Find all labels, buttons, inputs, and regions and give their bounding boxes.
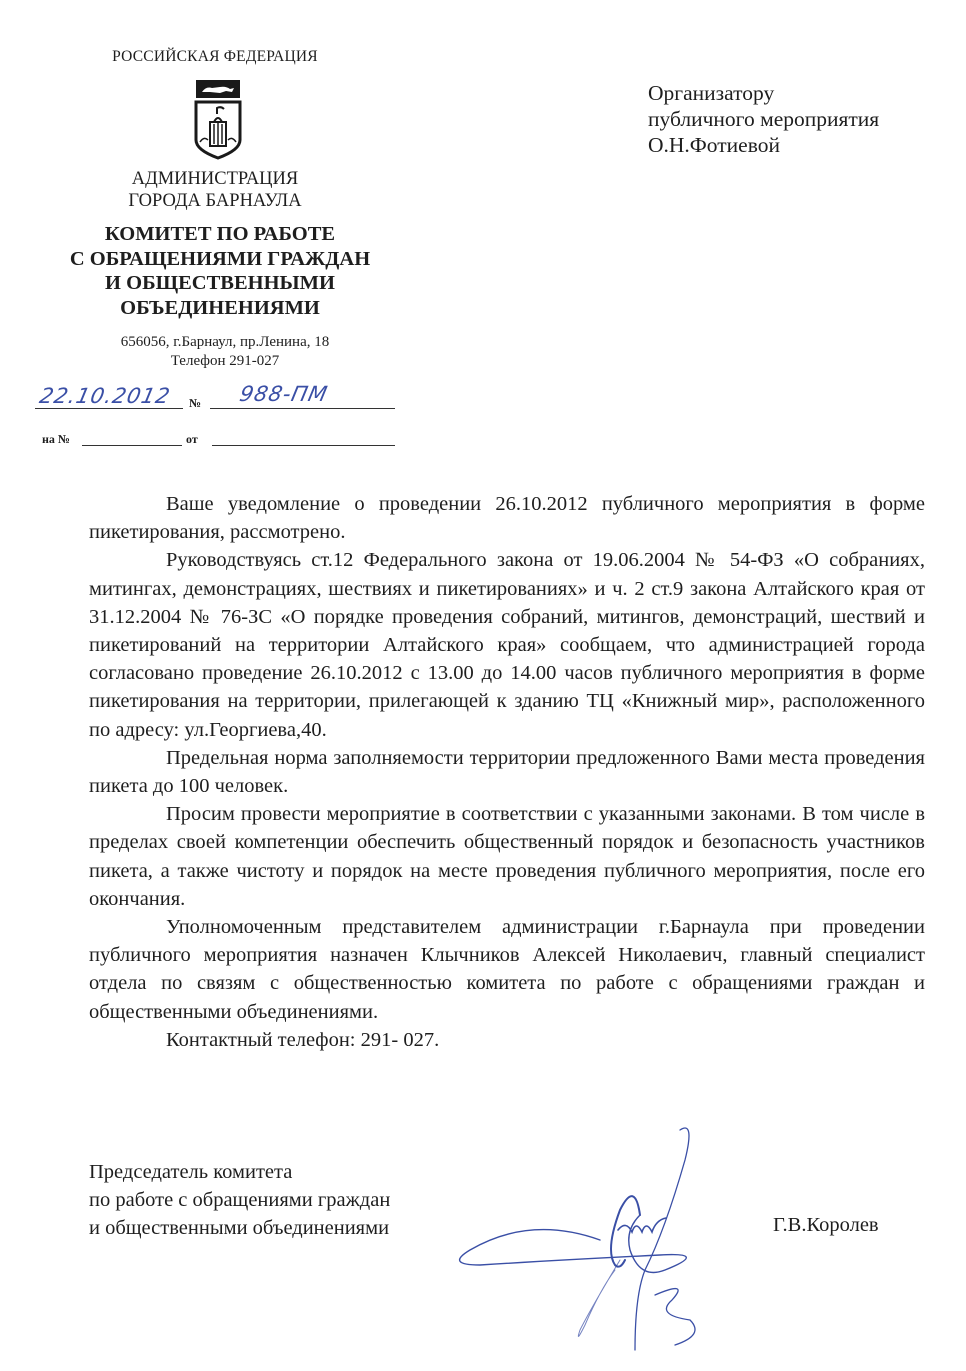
- letterhead-administration: АДМИНИСТРАЦИЯ ГОРОДА БАРНАУЛА: [60, 168, 370, 212]
- signatory-title: Председатель комитета по работе с обраще…: [89, 1158, 489, 1242]
- addressee-block: Организатору публичного мероприятия О.Н.…: [648, 80, 948, 158]
- letterhead-address: 656056, г.Барнаул, пр.Ленина, 18: [60, 333, 390, 352]
- paragraph-request: Просим провести мероприятие в соответств…: [89, 800, 925, 913]
- committee-line-4: ОБЪЕДИНЕНИЯМИ: [40, 296, 400, 321]
- letterhead-contacts: 656056, г.Барнаул, пр.Ленина, 18 Телефон…: [60, 333, 390, 371]
- signatory-name: Г.В.Королев: [773, 1214, 879, 1237]
- handwritten-signature-icon: [440, 1120, 770, 1370]
- committee-line-2: С ОБРАЩЕНИЯМИ ГРАЖДАН: [40, 247, 400, 272]
- in-reply-label: на №: [42, 432, 70, 447]
- paragraph-contact: Контактный телефон: 291- 027.: [89, 1026, 925, 1054]
- admin-line-1: АДМИНИСТРАЦИЯ: [60, 168, 370, 190]
- incoming-reference: на № от: [0, 428, 420, 458]
- number-label: №: [189, 396, 201, 411]
- letterhead-phone: Телефон 291-027: [60, 352, 390, 371]
- letterhead-country: РОССИЙСКАЯ ФЕДЕРАЦИЯ: [60, 48, 370, 66]
- letterhead-committee: КОМИТЕТ ПО РАБОТЕ С ОБРАЩЕНИЯМИ ГРАЖДАН …: [40, 222, 400, 320]
- handwritten-date: 22.10.2012: [37, 384, 172, 408]
- signatory-title-line-1: Председатель комитета: [89, 1158, 489, 1186]
- from-underline: [212, 445, 395, 446]
- paragraph-notice: Ваше уведомление о проведении 26.10.2012…: [89, 490, 925, 546]
- in-reply-underline: [82, 445, 182, 446]
- barnaul-coat-of-arms-icon: [190, 78, 246, 160]
- signatory-title-line-3: и общественными объединениями: [89, 1214, 489, 1242]
- addressee-line-1: Организатору: [648, 80, 948, 106]
- handwritten-number: 988-ПМ: [237, 382, 330, 406]
- letter-body: Ваше уведомление о проведении 26.10.2012…: [89, 490, 925, 1054]
- addressee-line-3: О.Н.Фотиевой: [648, 132, 948, 158]
- outgoing-reference: 22.10.2012 № 988-ПМ: [0, 378, 420, 418]
- addressee-line-2: публичного мероприятия: [648, 106, 948, 132]
- paragraph-representative: Уполномоченным представителем администра…: [89, 913, 925, 1026]
- signatory-title-line-2: по работе с обращениями граждан: [89, 1186, 489, 1214]
- date-underline: [35, 408, 183, 409]
- number-underline: [210, 408, 395, 409]
- paragraph-approval: Руководствуясь ст.12 Федерального закона…: [89, 546, 925, 743]
- from-label: от: [186, 432, 198, 447]
- admin-line-2: ГОРОДА БАРНАУЛА: [60, 190, 370, 212]
- paragraph-capacity: Предельная норма заполняемости территори…: [89, 744, 925, 800]
- committee-line-1: КОМИТЕТ ПО РАБОТЕ: [40, 222, 400, 247]
- committee-line-3: И ОБЩЕСТВЕННЫМИ: [40, 271, 400, 296]
